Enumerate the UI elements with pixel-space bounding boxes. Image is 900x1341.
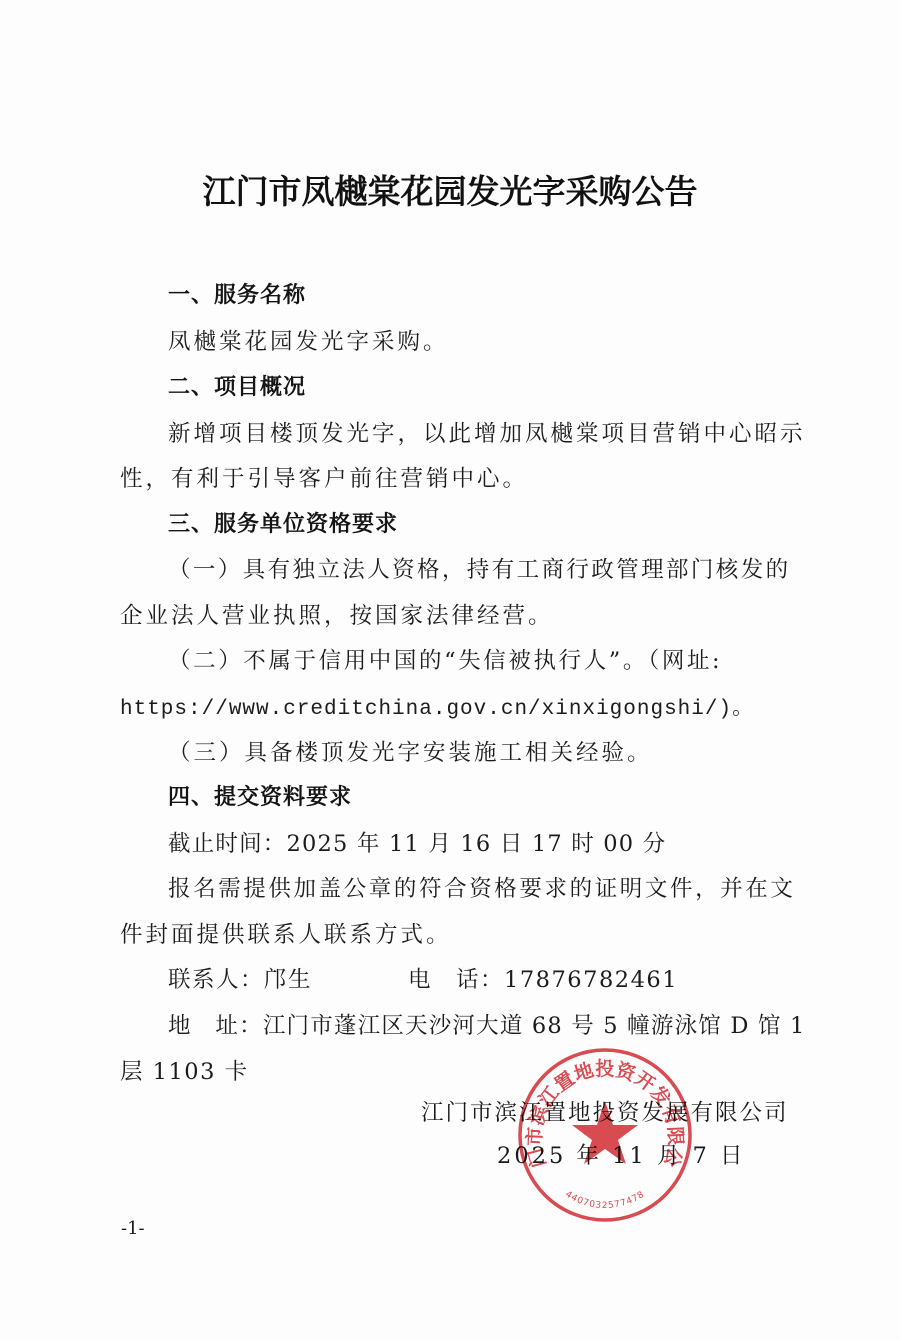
seal-star-icon (572, 1101, 638, 1164)
contact-phone-value: 17876782461 (504, 967, 678, 993)
submission-requirement-line2: 件封面提供联系人联系方式。 (120, 917, 452, 949)
submission-requirement-line1: 报名需提供加盖公章的符合资格要求的证明文件，并在文 (168, 871, 796, 903)
seal-number-text: 4407032577478 (563, 1190, 646, 1211)
official-seal-stamp: 江门市滨江置地投资开发有限公司 4407032577478 (516, 1046, 694, 1224)
creditchina-url[interactable]: https://www.creditchina.gov.cn/xinxigong… (120, 691, 754, 721)
contact-person-label: 联系人： (168, 967, 264, 993)
qualification-item-3: （三）具备楼顶发光字安装施工相关经验。 (168, 735, 653, 767)
contact-phone-label: 电 话： (408, 967, 504, 993)
document-page: 江门市凤樾棠花园发光字采购公告 一、服务名称 凤樾棠花园发光字采购。 二、项目概… (0, 0, 900, 1341)
paragraph-project-overview-line2: 性，有利于引导客户前往营销中心。 (120, 461, 528, 493)
address-label: 地 址： (168, 1013, 263, 1039)
deadline-text: 截止时间：2025 年 11 月 16 日 17 时 00 分 (168, 826, 666, 858)
document-title: 江门市凤樾棠花园发光字采购公告 (0, 166, 900, 213)
qualification-item-1-line2: 企业法人营业执照，按国家法律经营。 (120, 598, 554, 630)
section-heading-qualification: 三、服务单位资格要求 (168, 507, 398, 538)
page-number: -1- (121, 1218, 145, 1239)
address-line1: 地 址：江门市蓬江区天沙河大道 68 号 5 幢游泳馆 D 馆 1 (168, 1008, 805, 1040)
qualification-item-1-line1: （一）具有独立法人资格，持有工商行政管理部门核发的 (168, 552, 791, 584)
address-value-line1: 江门市蓬江区天沙河大道 68 号 5 幢游泳馆 D 馆 1 (263, 1013, 806, 1039)
section-heading-project-overview: 二、项目概况 (168, 370, 306, 401)
paragraph-service-name: 凤樾棠花园发光字采购。 (168, 324, 449, 356)
section-heading-service-name: 一、服务名称 (168, 278, 306, 309)
qualification-item-2-line1: （二）不属于信用中国的“失信被执行人”。（网址: (168, 643, 722, 675)
paragraph-project-overview-line1: 新增项目楼顶发光字，以此增加凤樾棠项目营销中心昭示 (168, 416, 806, 448)
contact-person-value: 邝生 (264, 967, 312, 993)
section-heading-submission: 四、提交资料要求 (168, 780, 352, 811)
address-value-line2: 层 1103 卡 (120, 1054, 249, 1086)
contact-line: 联系人：邝生电 话：17876782461 (168, 962, 678, 994)
